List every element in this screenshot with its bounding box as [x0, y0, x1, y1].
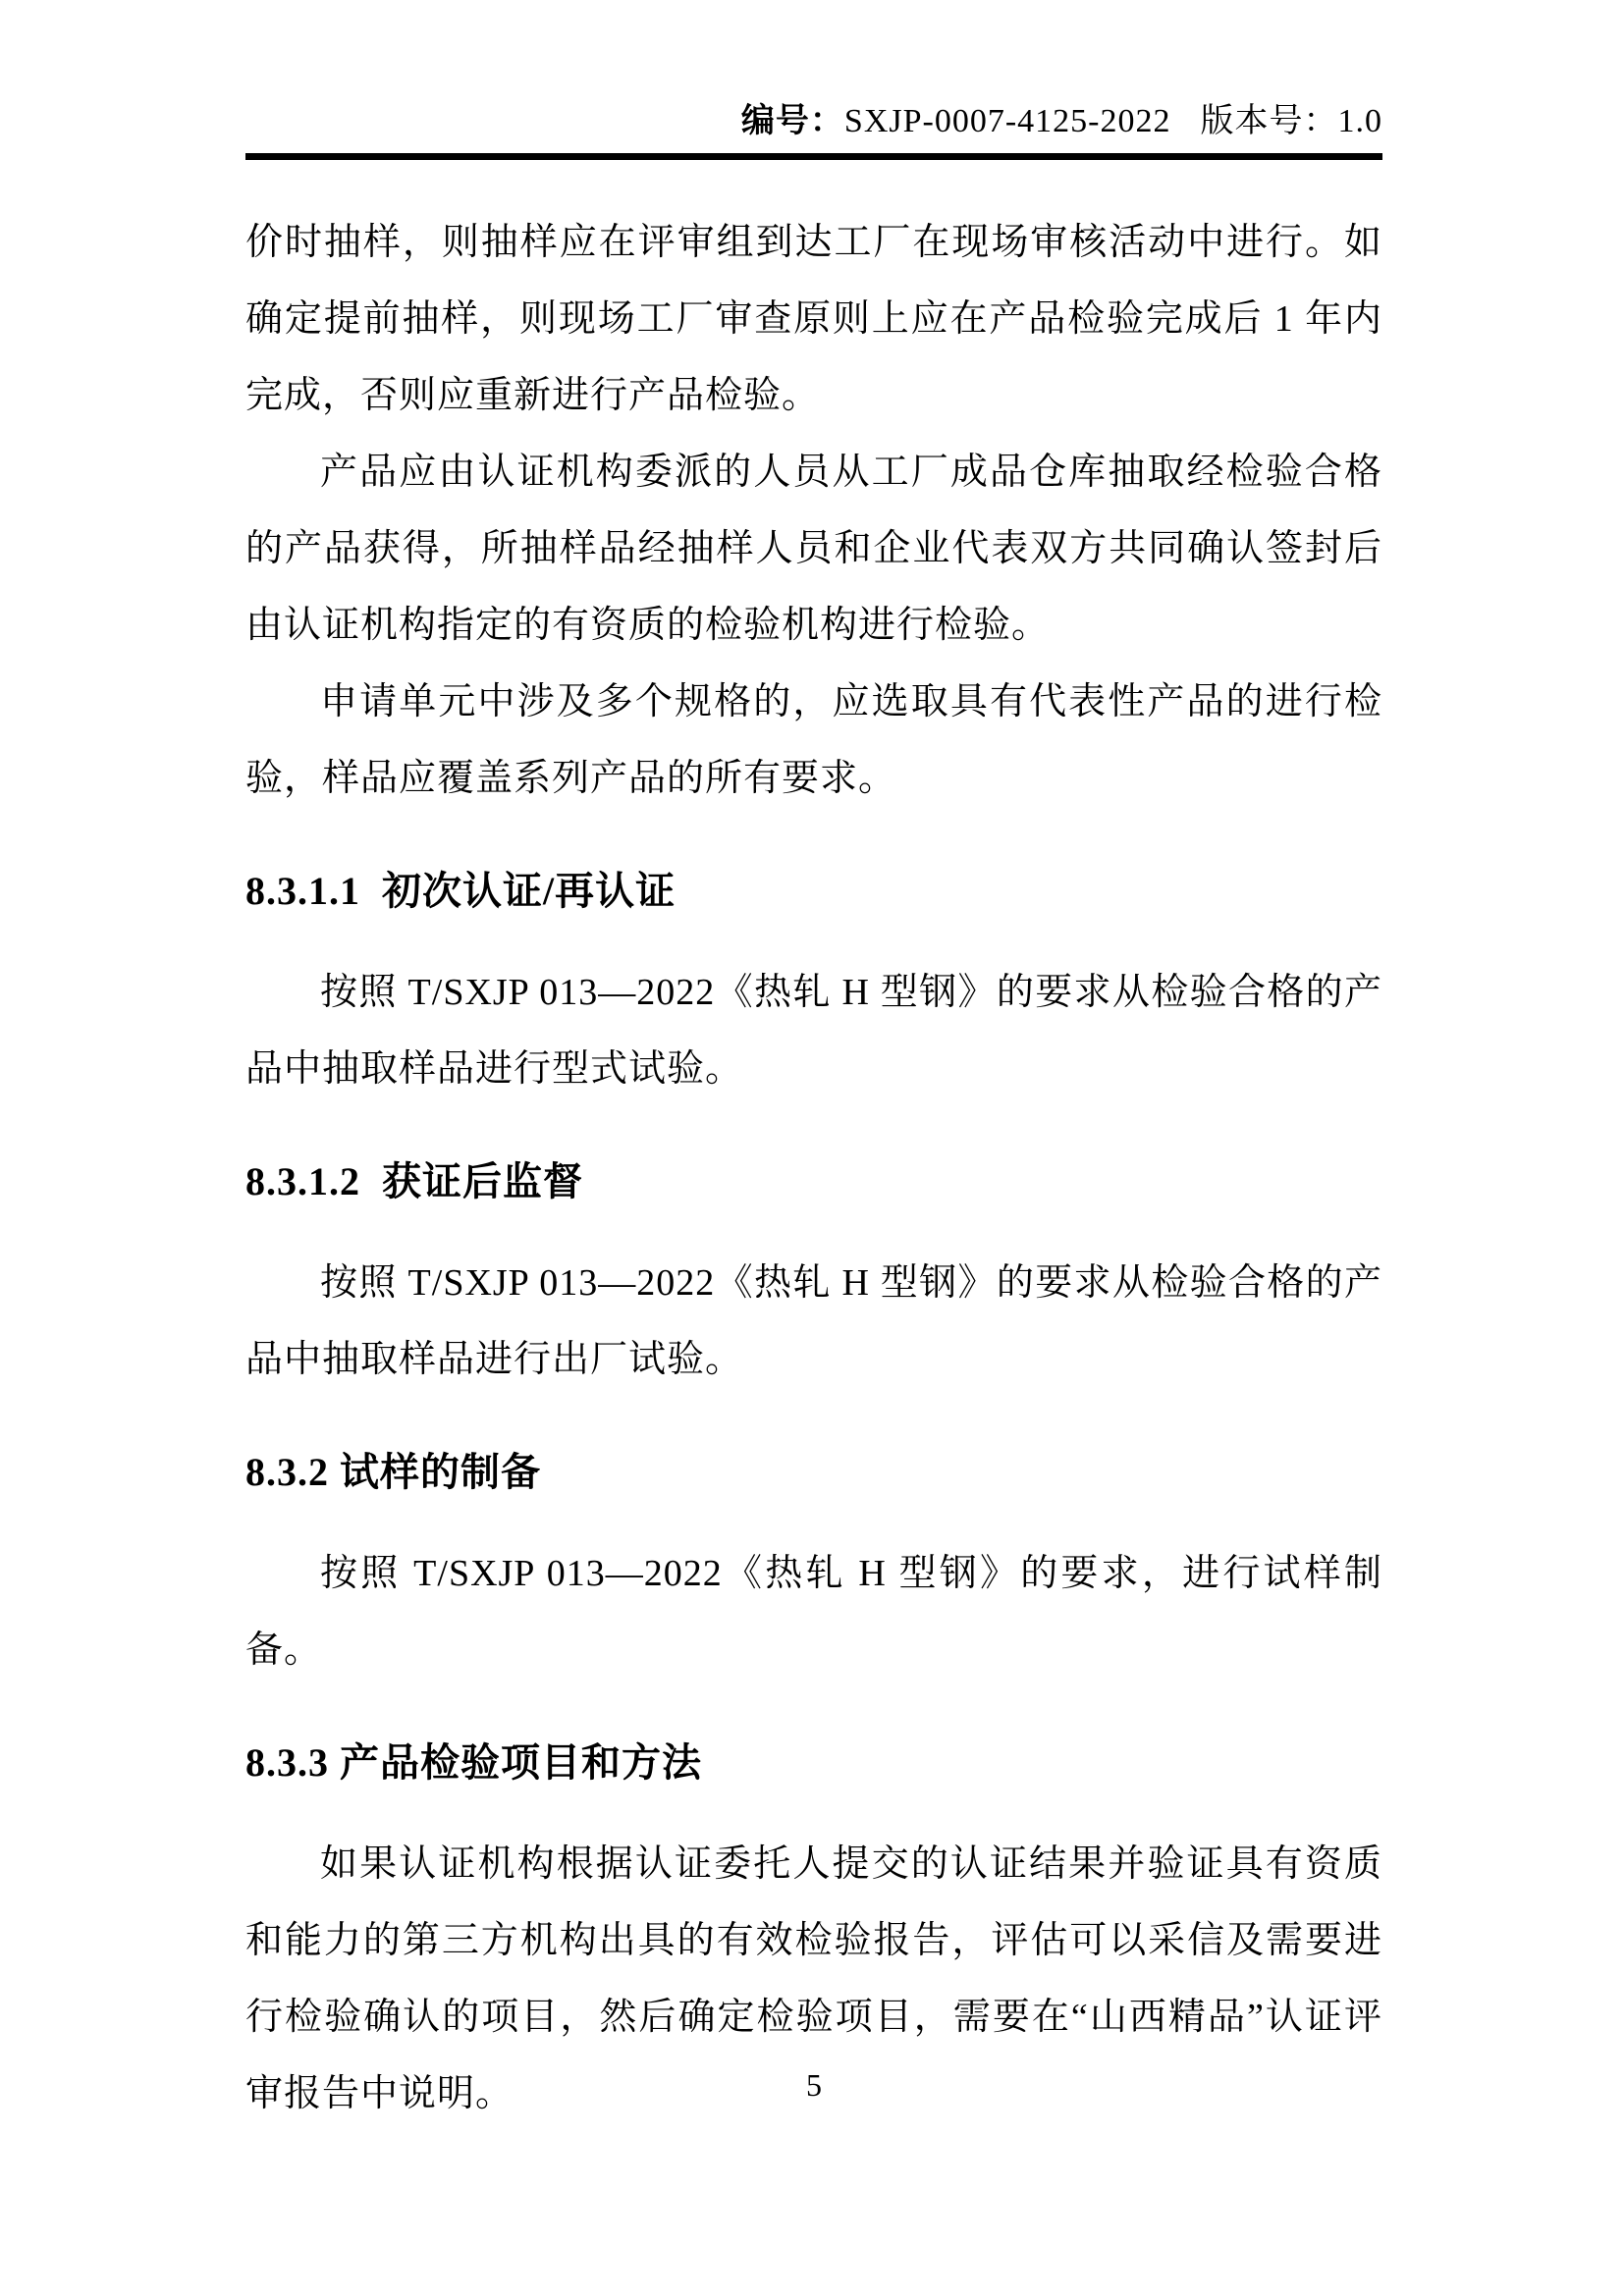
section-heading-8-3-1-1: 8.3.1.1 初次认证/再认证 [245, 862, 1382, 921]
header-rule [245, 153, 1382, 160]
document-page: 编号：SXJP-0007-4125-2022版本号：1.0 价时抽样，则抽样应在… [0, 0, 1624, 2296]
section-heading-8-3-2: 8.3.2 试样的制备 [245, 1443, 1382, 1502]
paragraph-sampling-continuation: 价时抽样，则抽样应在评审组到达工厂在现场审核活动中进行。如确定提前抽样，则现场工… [245, 204, 1382, 434]
paragraph-post-cert-supervision: 按照 T/SXJP 013—2022《热轧 H 型钢》的要求从检验合格的产品中抽… [245, 1245, 1382, 1398]
doc-code-value: SXJP-0007-4125-2022 [844, 103, 1171, 139]
section-heading-8-3-3: 8.3.3 产品检验项目和方法 [245, 1734, 1382, 1792]
paragraph-initial-certification: 按照 T/SXJP 013—2022《热轧 H 型钢》的要求从检验合格的产品中抽… [245, 954, 1382, 1107]
paragraph-multiple-specs: 申请单元中涉及多个规格的，应选取具有代表性产品的进行检验，样品应覆盖系列产品的所… [245, 664, 1382, 817]
version-label: 版本号： [1201, 103, 1338, 139]
document-body: 价时抽样，则抽样应在评审组到达工厂在现场审核活动中进行。如确定提前抽样，则现场工… [245, 204, 1382, 2132]
section-heading-8-3-1-2: 8.3.1.2 获证后监督 [245, 1152, 1382, 1211]
page-number: 5 [245, 2063, 1382, 2107]
page-header: 编号：SXJP-0007-4125-2022版本号：1.0 [245, 99, 1382, 144]
version-value: 1.0 [1338, 103, 1383, 139]
doc-code-label: 编号： [741, 103, 844, 139]
paragraph-specimen-preparation: 按照 T/SXJP 013—2022《热轧 H 型钢》的要求，进行试样制备。 [245, 1535, 1382, 1688]
paragraph-sample-drawing: 产品应由认证机构委派的人员从工厂成品仓库抽取经检验合格的产品获得，所抽样品经抽样… [245, 434, 1382, 664]
